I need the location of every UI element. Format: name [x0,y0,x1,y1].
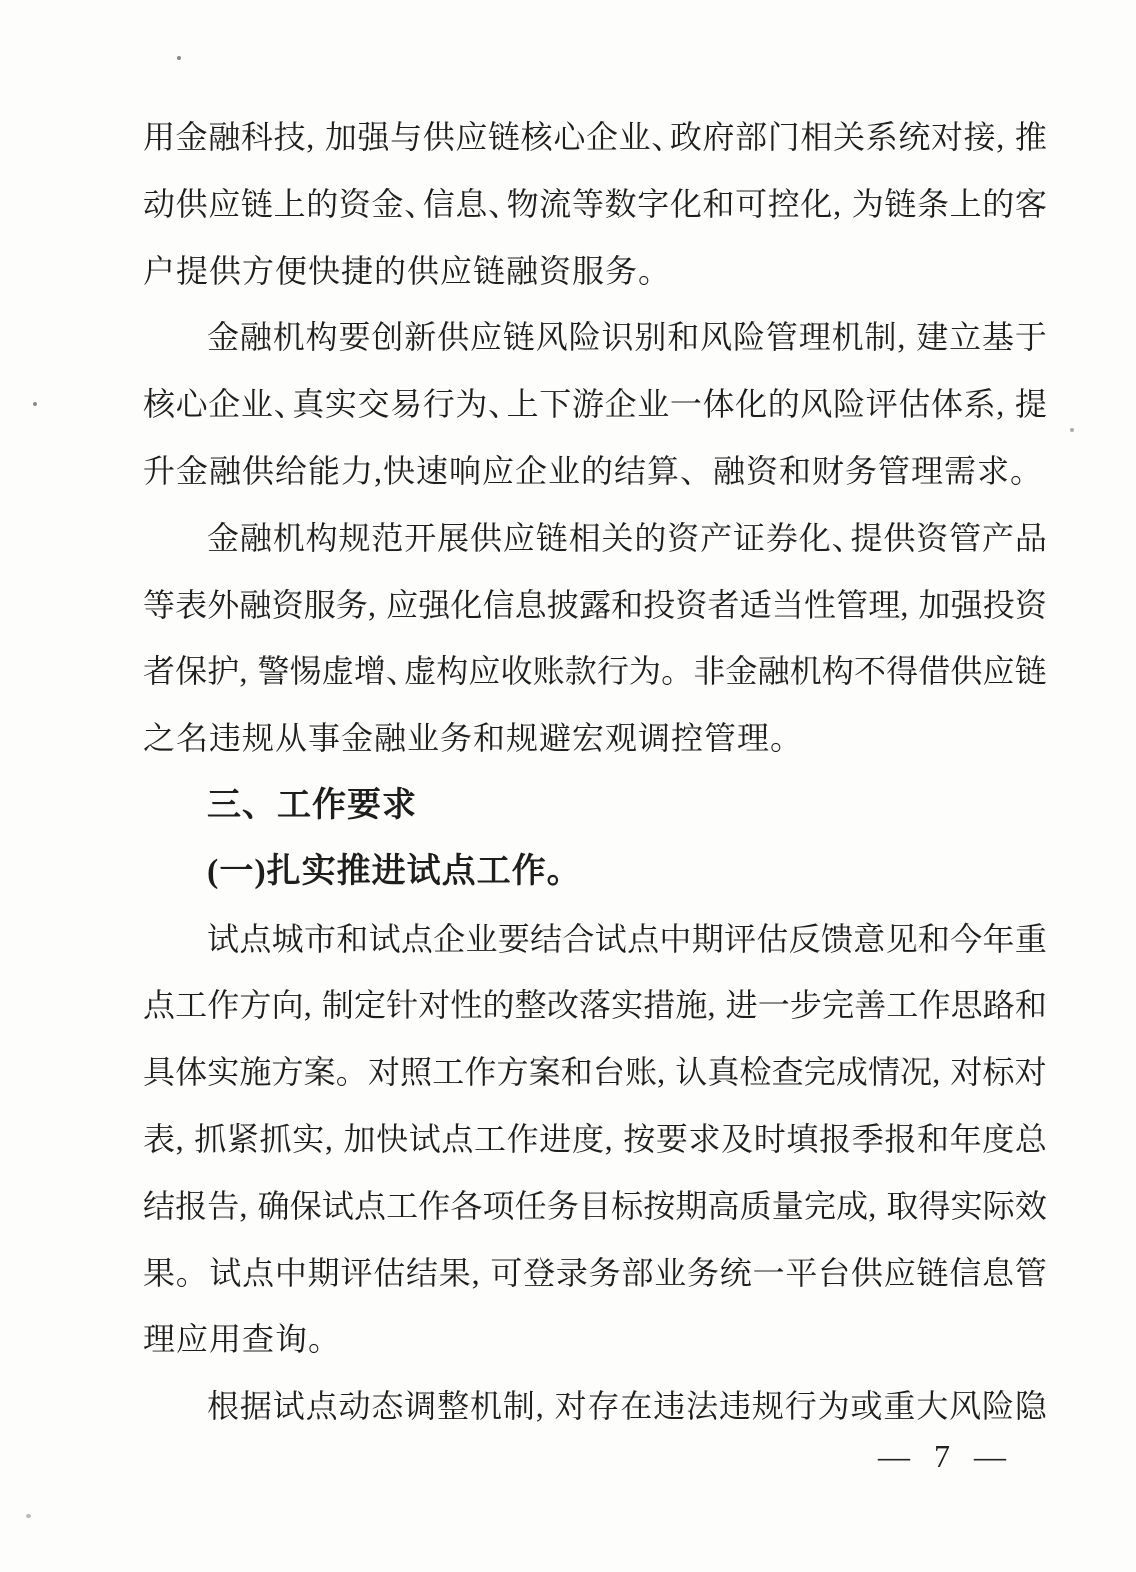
document-page: 用金融科技,加强与供应链核心企业、政府部门相关系统对接,推动供应链上的资金、信息… [0,0,1136,1572]
text-line: 金融机构要创新供应链风险识别和风险管理机制,建立基于 [143,304,1047,371]
text-line: 核心企业、真实交易行为、上下游企业一体化的风险评估体系,提 [143,371,1047,438]
scan-speck [1070,428,1074,432]
text-line: 根据试点动态调整机制,对存在违法违规行为或重大风险隐 [143,1373,1047,1440]
text-line: (一)扎实推进试点工作。 [143,839,1047,906]
paragraph: 用金融科技,加强与供应链核心企业、政府部门相关系统对接,推动供应链上的资金、信息… [143,104,1047,304]
text-line: 结报告,确保试点工作各项任务目标按期高质量完成,取得实际效 [143,1173,1047,1240]
heading1: 三、工作要求 [143,772,1047,839]
heading2: (一)扎实推进试点工作。 [143,839,1047,906]
text-line: 试点城市和试点企业要结合试点中期评估反馈意见和今年重 [143,906,1047,973]
paragraph: 金融机构规范开展供应链相关的资产证券化、提供资管产品等表外融资服务,应强化信息披… [143,505,1047,772]
text-line: 果。 试点中期评估结果,可登录务部业务统一平台供应链信息管 [143,1240,1047,1307]
paragraph: 试点城市和试点企业要结合试点中期评估反馈意见和今年重点工作方向,制定针对性的整改… [143,906,1047,1374]
text-line: 具体实施方案。 对照工作方案和台账,认真检查完成情况,对标对 [143,1039,1047,1106]
text-line: 动供应链上的资金、信息、物流等数字化和可控化,为链条上的客 [143,171,1047,238]
scan-speck [26,1514,31,1518]
scan-speck [33,402,37,406]
text-line: 理应用查询。 [143,1306,1047,1373]
text-line: 表,抓紧抓实,加快试点工作进度,按要求及时填报季报和年度总 [143,1106,1047,1173]
page-number: — 7 — [878,1438,1014,1475]
paragraph: 根据试点动态调整机制,对存在违法违规行为或重大风险隐 [143,1373,1047,1440]
text-line: 之名违规从事金融业务和规避宏观调控管理。 [143,705,1047,772]
text-line: 者保护,警惕虚增、虚构应收账款行为。 非金融机构不得借供应链 [143,638,1047,705]
scan-speck [177,56,181,60]
text-line: 金融机构规范开展供应链相关的资产证券化、提供资管产品 [143,505,1047,572]
document-body: 用金融科技,加强与供应链核心企业、政府部门相关系统对接,推动供应链上的资金、信息… [143,104,1047,1440]
text-line: 升金融供给能力,快速响应企业的结算、融资和财务管理需求。 [143,438,1047,505]
text-line: 户提供方便快捷的供应链融资服务。 [143,238,1047,305]
text-line: 三、工作要求 [143,772,1047,839]
paragraph: 金融机构要创新供应链风险识别和风险管理机制,建立基于核心企业、真实交易行为、上下… [143,304,1047,504]
text-line: 用金融科技,加强与供应链核心企业、政府部门相关系统对接,推 [143,104,1047,171]
text-line: 点工作方向,制定针对性的整改落实措施,进一步完善工作思路和 [143,972,1047,1039]
text-line: 等表外融资服务,应强化信息披露和投资者适当性管理,加强投资 [143,572,1047,639]
